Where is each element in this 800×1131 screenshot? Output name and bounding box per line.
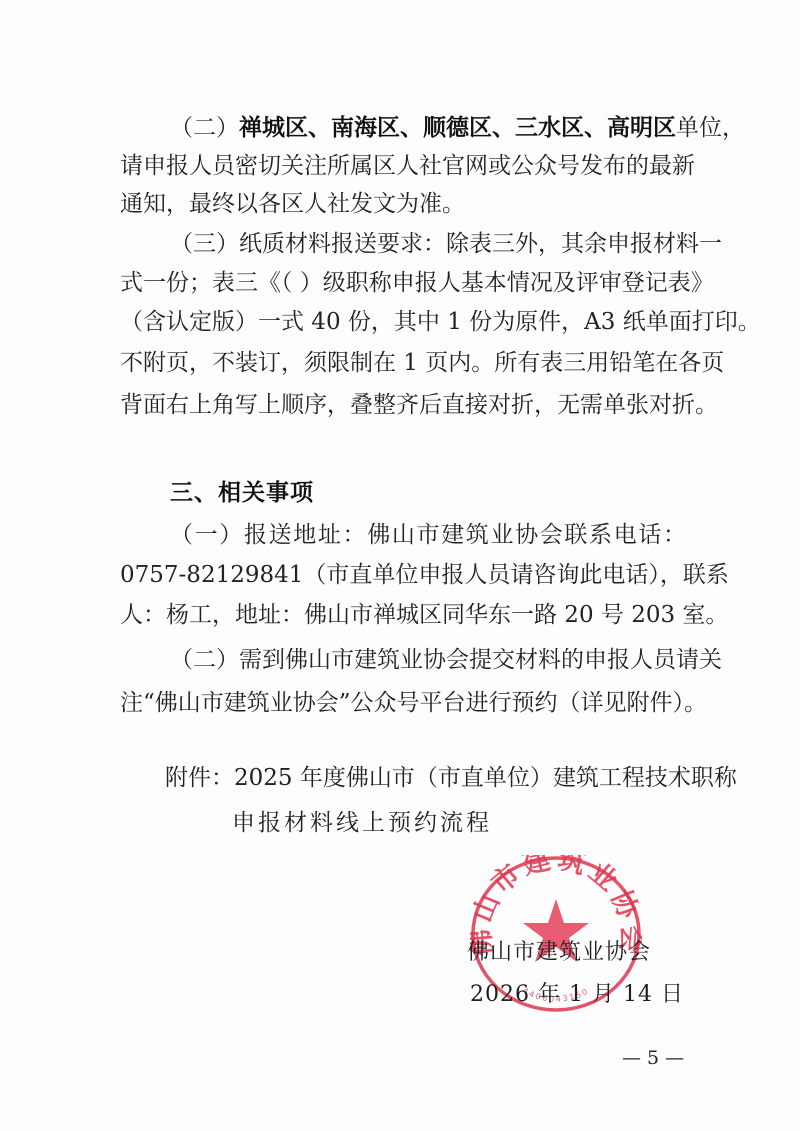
item-appointment-line-1: （二）需到佛山市建筑业协会提交材料的申报人员请关	[170, 645, 686, 675]
paragraph-district-line-2: 请申报人员密切关注所属区人社官网或公众号发布的最新	[120, 151, 686, 181]
paragraph-paper-line-4: 不附页，不装订，须限制在 1 页内。所有表三用铅笔在各页	[120, 348, 686, 378]
item-address-line-3: 人：杨工，地址：佛山市禅城区同华东一路 20 号 203 室。	[120, 600, 686, 630]
paragraph-text: 单位，	[676, 115, 745, 141]
document-page: （二）禅城区、南海区、顺德区、三水区、高明区单位， 请申报人员密切关注所属区人社…	[0, 0, 800, 1131]
page-number: — 5 —	[622, 1046, 684, 1070]
paragraph-prefix: （二）	[170, 115, 239, 141]
district-list: 禅城区、南海区、顺德区、三水区、高明区	[239, 115, 676, 141]
item-address-line-1: （一）报送地址：佛山市建筑业协会联系电话：	[170, 520, 686, 550]
signature-date: 2026 年 1 月 14 日	[470, 980, 684, 1010]
paragraph-district-line-1: （二）禅城区、南海区、顺德区、三水区、高明区单位，	[170, 113, 686, 143]
paragraph-paper-line-5: 背面右上角写上顺序，叠整齐后直接对折，无需单张对折。	[120, 390, 686, 420]
signature-organization: 佛山市建筑业协会	[467, 938, 651, 968]
paragraph-paper-line-2: 式一份；表三《（ ）级职称申报人基本情况及评审登记表》	[120, 268, 686, 298]
item-address-line-2: 0757-82129841（市直单位申报人员请咨询此电话），联系	[120, 560, 686, 590]
paragraph-district-line-3: 通知，最终以各区人社发文为准。	[120, 189, 686, 219]
paragraph-paper-line-1: （三）纸质材料报送要求：除表三外，其余申报材料一	[170, 229, 686, 259]
item-appointment-line-2: 注“佛山市建筑业协会”公众号平台进行预约（详见附件）。	[120, 688, 686, 718]
attachment-line-1: 附件：2025 年度佛山市（市直单位）建筑工程技术职称	[165, 763, 685, 793]
paragraph-paper-line-3: （含认定版）一式 40 份，其中 1 份为原件，A3 纸单面打印。	[120, 307, 686, 337]
section-heading: 三、相关事项	[170, 477, 314, 509]
attachment-line-2: 申报材料线上预约流程	[232, 808, 492, 838]
